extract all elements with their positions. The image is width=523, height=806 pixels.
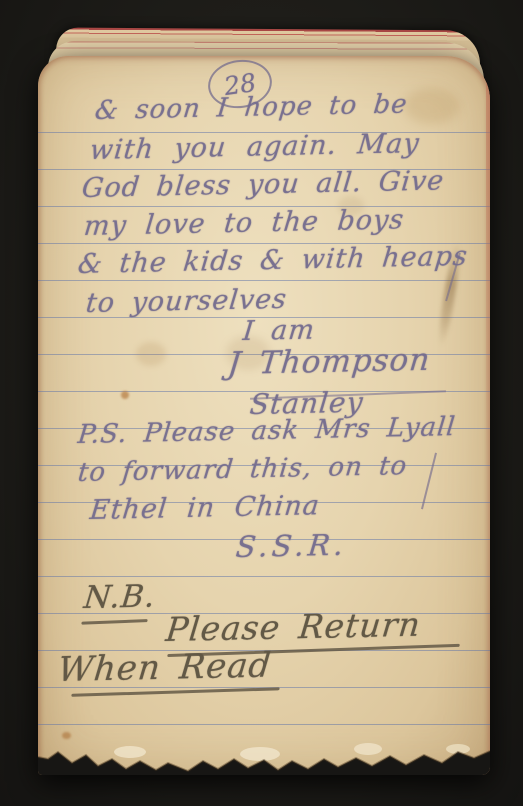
photo-background: 28 & soon I hope to be with you again. M… (0, 0, 523, 806)
handwriting-line: Ethel in China (88, 490, 321, 526)
handwriting-line: to yourselves (84, 284, 288, 319)
pencil-slash-mark (421, 453, 437, 510)
handwriting-line: & the kids & with heaps (76, 241, 469, 280)
handwriting-line-dark: When Read (56, 645, 273, 690)
page-right-edge-tint (486, 56, 490, 476)
stain-spot (121, 391, 129, 399)
handwriting-line-dark: Please Return (164, 605, 423, 649)
handwriting-line: with you again. May (88, 128, 421, 166)
handwriting-line: to forward this, on to (76, 451, 408, 488)
handwriting-line: God bless you all. Give (80, 165, 445, 204)
handwriting-line: & soon I hope to be (93, 89, 409, 126)
stain-spot (136, 342, 166, 366)
signature-line: J Thompson (226, 342, 432, 382)
handwriting-line: my love to the boys (82, 204, 405, 242)
handwriting-line: I am (241, 314, 316, 347)
stain-spot (404, 88, 460, 124)
handwriting-line-dark: N.B. (82, 578, 157, 616)
initials-line: S.S.R. (234, 528, 349, 564)
torn-bottom-edge (38, 725, 490, 775)
notebook-page: 28 & soon I hope to be with you again. M… (38, 56, 490, 775)
handwriting-line: P.S. Please ask Mrs Lyall (76, 412, 457, 450)
